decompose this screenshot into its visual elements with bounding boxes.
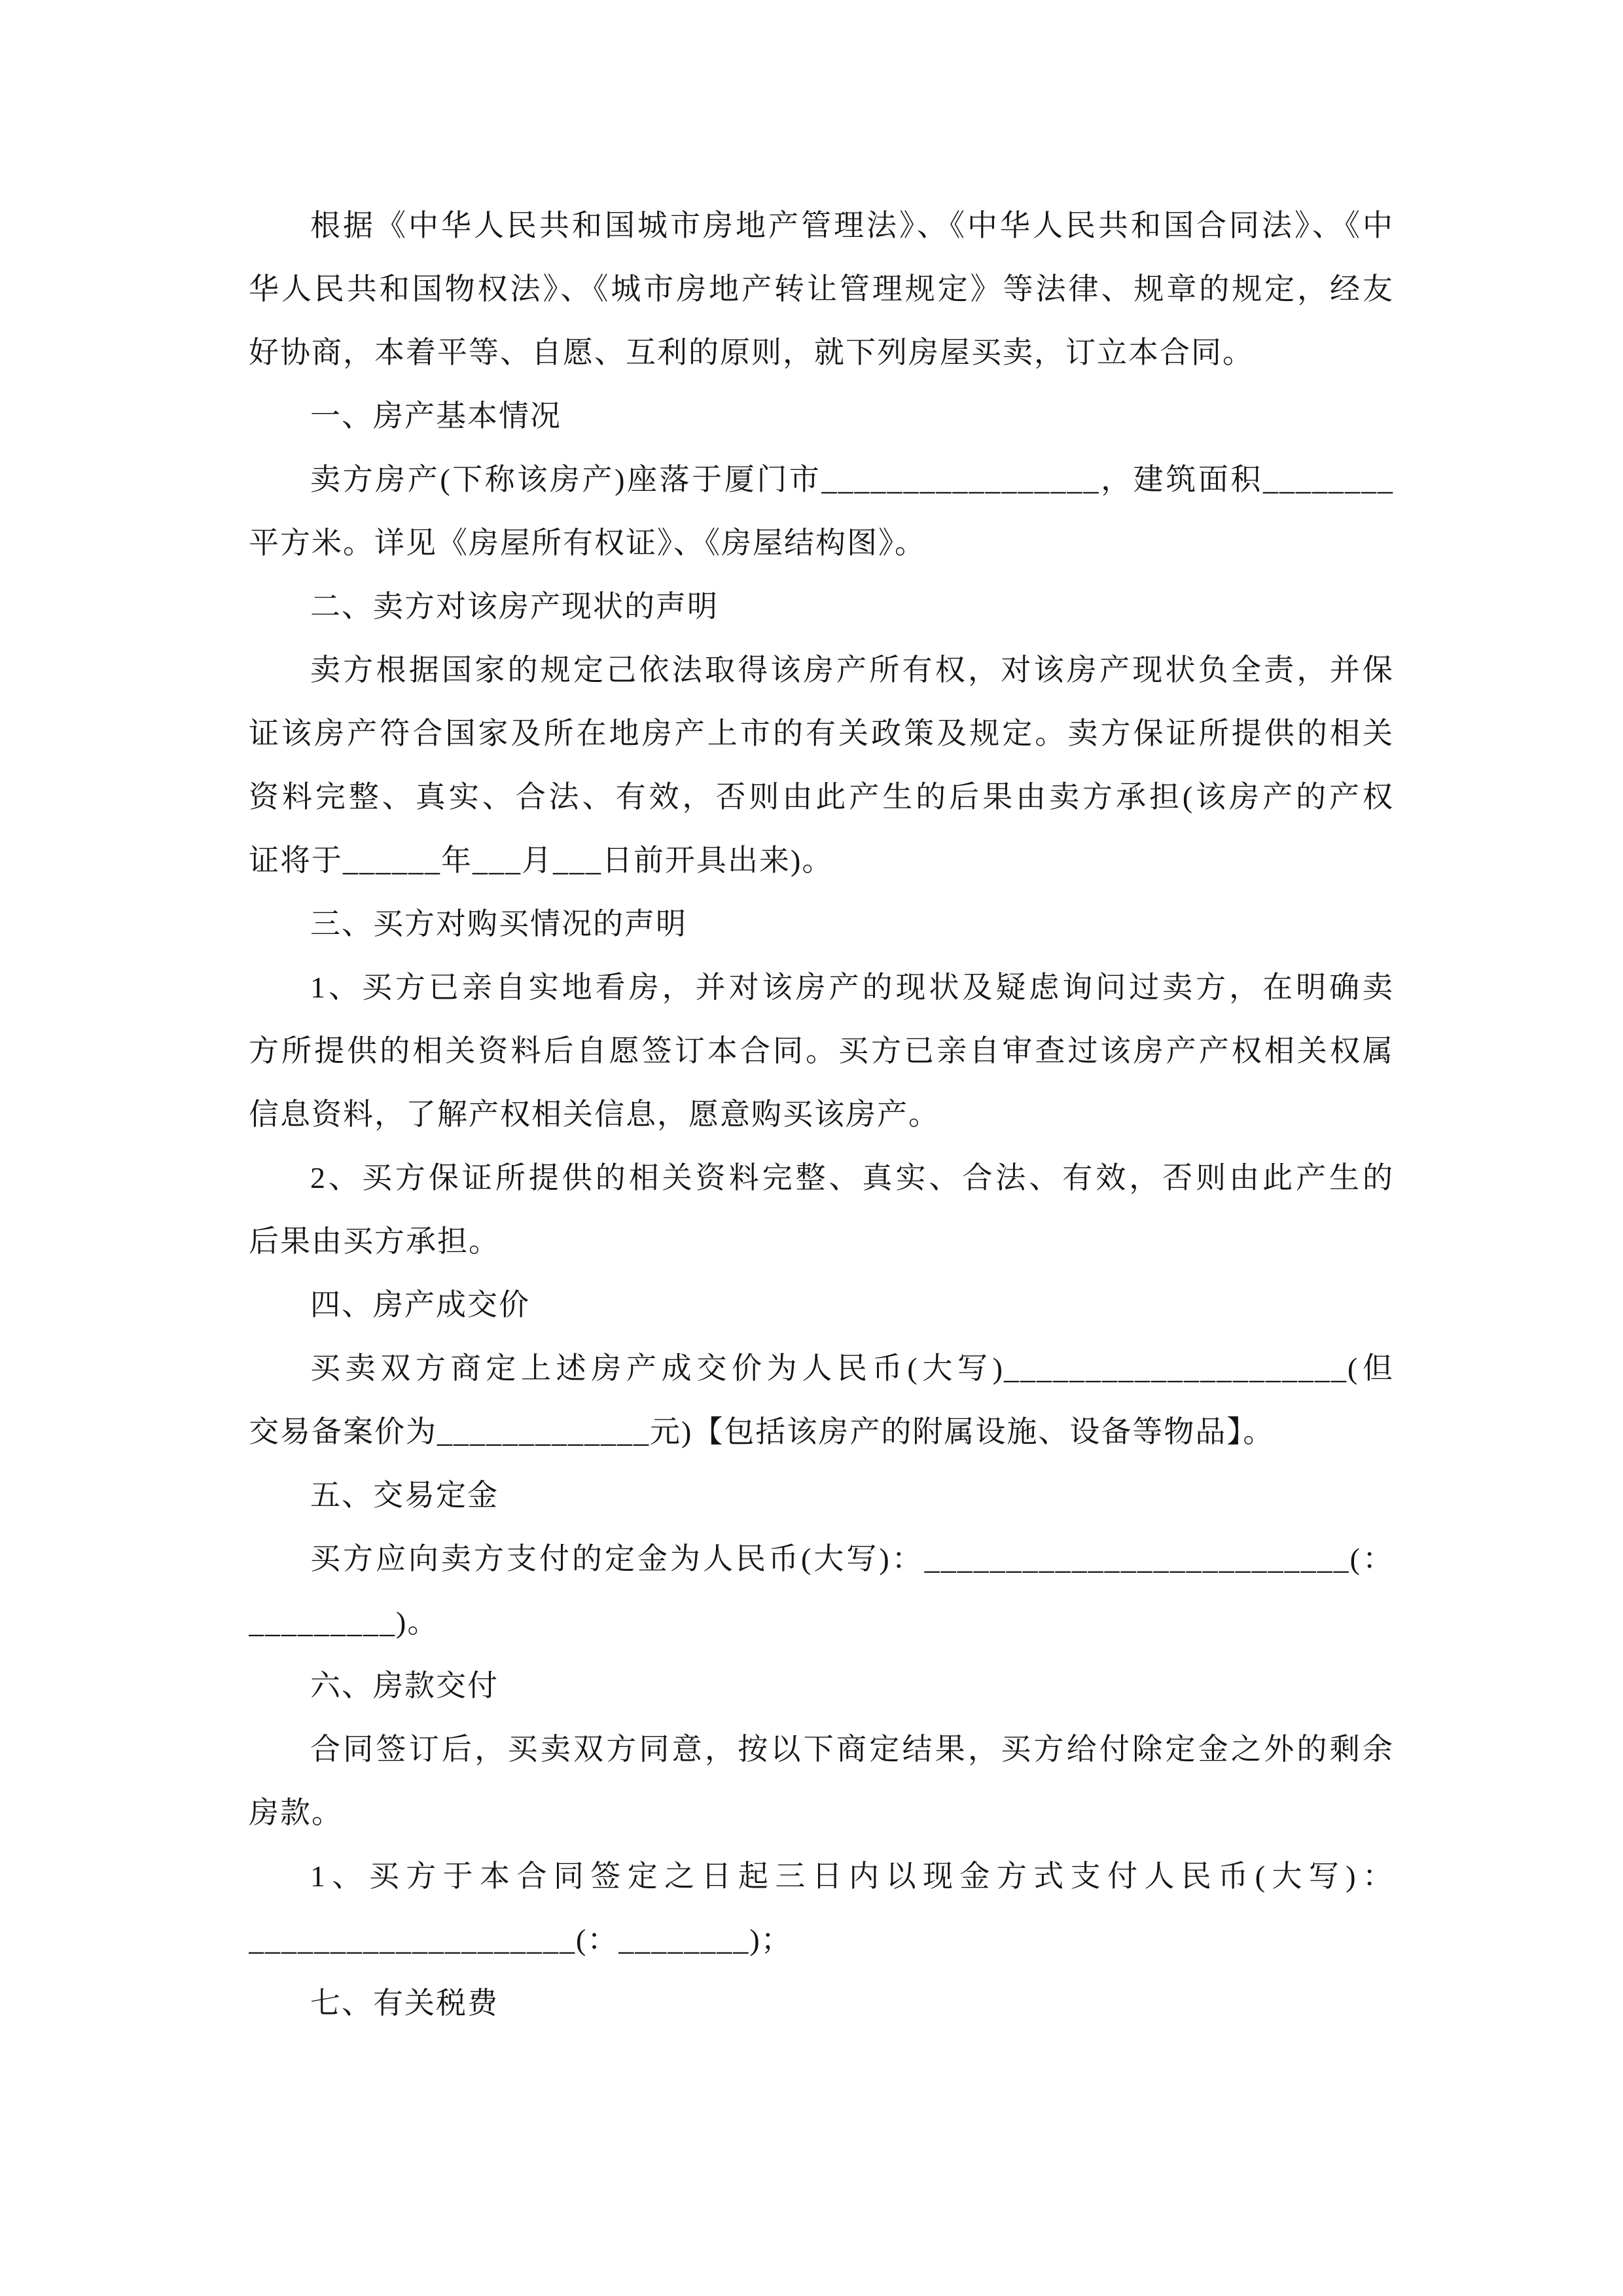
contract-line: _________)。 (249, 1590, 1394, 1654)
contract-document: 根据《中华人民共和国城市房地产管理法》、《中华人民共和国合同法》、《中 华人民共… (249, 194, 1394, 2035)
preamble-line: 好协商，本着平等、自愿、互利的原则，就下列房屋买卖，订立本合同。 (249, 321, 1394, 384)
preamble-line: 华人民共和国物权法》、《城市房地产转让管理规定》等法律、规章的规定，经友 (249, 257, 1394, 321)
section-heading-7: 七、有关税费 (249, 1971, 1394, 2035)
contract-line: 证该房产符合国家及所在地房产上市的有关政策及规定。卖方保证所提供的相关 (249, 702, 1394, 765)
section-heading-3: 三、买方对购买情况的声明 (249, 892, 1394, 956)
contract-line: 房款。 (249, 1781, 1394, 1844)
contract-line: 交易备案价为_____________元)【包括该房产的附属设施、设备等物品】。 (249, 1400, 1394, 1463)
contract-line: 平方米。详见《房屋所有权证》、《房屋结构图》。 (249, 511, 1394, 575)
preamble-line: 根据《中华人民共和国城市房地产管理法》、《中华人民共和国合同法》、《中 (249, 194, 1394, 257)
contract-line: 资料完整、真实、合法、有效，否则由此产生的后果由卖方承担(该房产的产权 (249, 765, 1394, 829)
contract-line: 合同签订后，买卖双方同意，按以下商定结果，买方给付除定金之外的剩余 (249, 1717, 1394, 1781)
contract-line: 卖方房产(下称该房产)座落于厦门市_________________，建筑面积_… (249, 448, 1394, 511)
contract-line: 卖方根据国家的规定己依法取得该房产所有权，对该房产现状负全责，并保 (249, 638, 1394, 702)
contract-line: 方所提供的相关资料后自愿签订本合同。买方已亲自审查过该房产产权相关权属 (249, 1019, 1394, 1083)
section-heading-1: 一、房产基本情况 (249, 384, 1394, 448)
contract-line: 买卖双方商定上述房产成交价为人民币(大写)___________________… (249, 1336, 1394, 1400)
section-heading-2: 二、卖方对该房产现状的声明 (249, 575, 1394, 638)
section-heading-4: 四、房产成交价 (249, 1273, 1394, 1336)
contract-line: ____________________(：________)； (249, 1908, 1394, 1971)
contract-line: 证将于______年___月___日前开具出来)。 (249, 829, 1394, 892)
contract-line: 1、买方已亲自实地看房，并对该房产的现状及疑虑询问过卖方，在明确卖 (249, 956, 1394, 1019)
contract-line: 1、买方于本合同签定之日起三日内以现金方式支付人民币(大写)： (249, 1844, 1394, 1908)
contract-line: 信息资料，了解产权相关信息，愿意购买该房产。 (249, 1083, 1394, 1146)
contract-line: 买方应向卖方支付的定金为人民币(大写)：____________________… (249, 1527, 1394, 1590)
section-heading-5: 五、交易定金 (249, 1463, 1394, 1527)
contract-line: 2、买方保证所提供的相关资料完整、真实、合法、有效，否则由此产生的 (249, 1146, 1394, 1210)
section-heading-6: 六、房款交付 (249, 1654, 1394, 1717)
contract-page: 根据《中华人民共和国城市房地产管理法》、《中华人民共和国合同法》、《中 华人民共… (0, 0, 1623, 2296)
contract-line: 后果由买方承担。 (249, 1210, 1394, 1273)
